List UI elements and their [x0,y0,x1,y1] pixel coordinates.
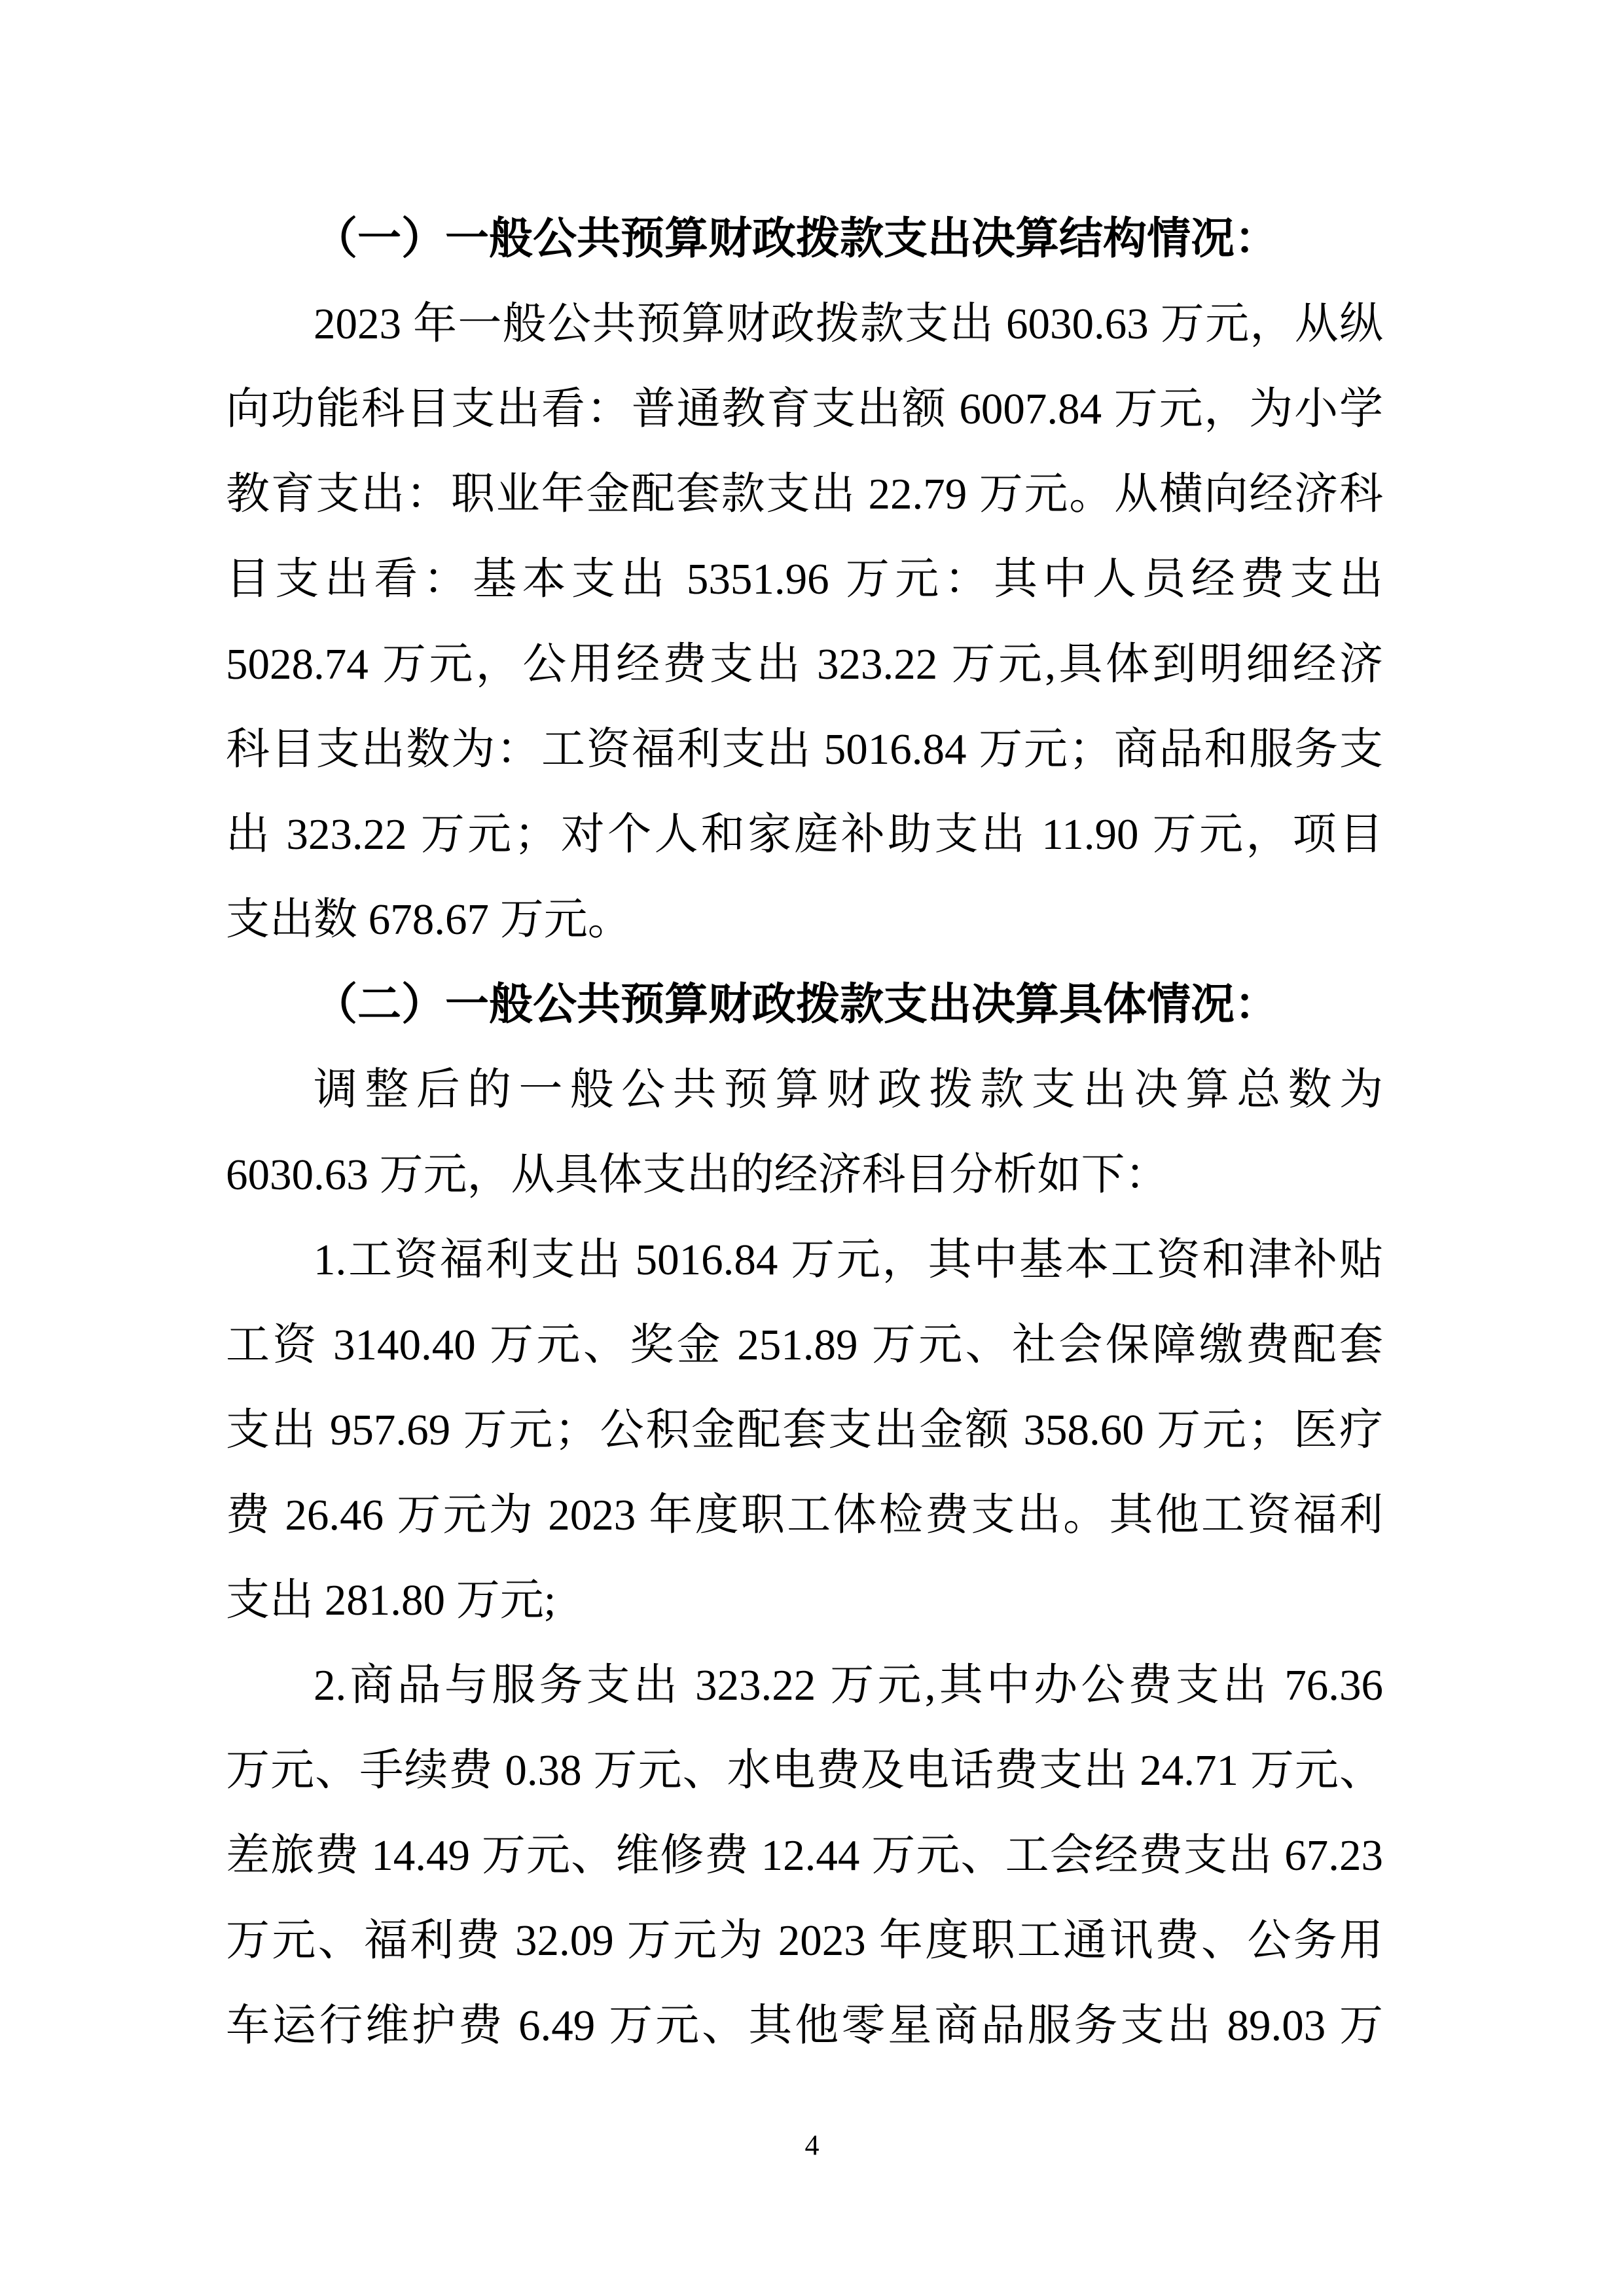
text-line: 2023 年一般公共预算财政拨款支出 6030.63 万元，从纵 [226,281,1383,367]
text-line: 差旅费 14.49 万元、维修费 12.44 万元、工会经费支出 67.23 [226,1813,1383,1898]
text-line: 出 323.22 万元；对个人和家庭补助支出 11.90 万元，项目 [226,792,1383,877]
text-line: 万元、手续费 0.38 万元、水电费及电话费支出 24.71 万元、 [226,1728,1383,1813]
text-line: 支出 281.80 万元; [226,1558,1383,1643]
text-block: （一）一般公共预算财政拨款支出决算结构情况：2023 年一般公共预算财政拨款支出… [226,196,1383,2068]
text-line: 万元、福利费 32.09 万元为 2023 年度职工通讯费、公务用 [226,1898,1383,1983]
text-line: 1.工资福利支出 5016.84 万元，其中基本工资和津补贴 [226,1217,1383,1302]
text-line: 2.商品与服务支出 323.22 万元,其中办公费支出 76.36 [226,1643,1383,1728]
text-line: 调整后的一般公共预算财政拨款支出决算总数为 [226,1047,1383,1132]
document-page: （一）一般公共预算财政拨款支出决算结构情况：2023 年一般公共预算财政拨款支出… [0,0,1624,2296]
text-line: 教育支出：职业年金配套款支出 22.79 万元。从横向经济科 [226,452,1383,537]
text-line: 目支出看：基本支出 5351.96 万元：其中人员经费支出 [226,537,1383,622]
text-line: 向功能科目支出看：普通教育支出额 6007.84 万元，为小学 [226,367,1383,452]
text-line: 支出数 678.67 万元。 [226,877,1383,962]
text-line: 5028.74 万元，公用经费支出 323.22 万元,具体到明细经济 [226,622,1383,707]
section-heading: （一）一般公共预算财政拨款支出决算结构情况： [226,196,1383,281]
text-line: 6030.63 万元，从具体支出的经济科目分析如下： [226,1132,1383,1217]
text-line: 费 26.46 万元为 2023 年度职工体检费支出。其他工资福利 [226,1473,1383,1558]
page-number: 4 [0,2126,1624,2165]
text-line: 车运行维护费 6.49 万元、其他零星商品服务支出 89.03 万 [226,1983,1383,2068]
text-line: 支出 957.69 万元；公积金配套支出金额 358.60 万元；医疗 [226,1388,1383,1473]
text-line: 科目支出数为：工资福利支出 5016.84 万元；商品和服务支 [226,707,1383,792]
text-line: 工资 3140.40 万元、奖金 251.89 万元、社会保障缴费配套 [226,1302,1383,1388]
section-heading: （二）一般公共预算财政拨款支出决算具体情况： [226,962,1383,1047]
